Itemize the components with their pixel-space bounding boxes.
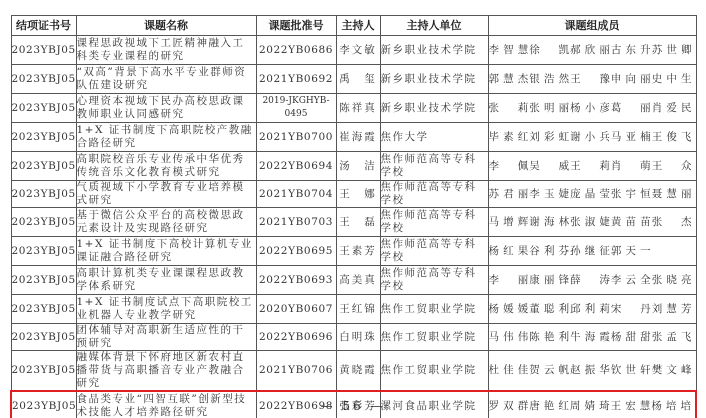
header-cert-no: 结项证书号 — [11, 16, 76, 36]
header-unit: 主持人单位 — [380, 16, 488, 36]
member-name: 谷利芬 — [529, 245, 570, 258]
member-name: 宋 丹 — [611, 303, 652, 316]
members-cell: 杨媛媛董聪利邱利莉宋 丹刘慧芳 — [488, 295, 696, 324]
member-name: 杨媛媛 — [489, 303, 530, 316]
member-name: 张晓亮 — [652, 274, 693, 287]
table-row: 2023YBJ05891+X 证书制度试点下高职院校工业机器人专业教学研究202… — [11, 295, 696, 324]
approval-no-cell: 2021YB0704 — [256, 181, 336, 208]
header-host: 主持人 — [336, 16, 380, 36]
member-name: 刘彩虹 — [529, 131, 570, 144]
host-cell: 王红锦 — [336, 295, 380, 324]
member-name: 肖 萌 — [611, 160, 652, 173]
member-name: 孙继征 — [570, 245, 611, 258]
title-cell: 1+X 证书制度试点下高职院校工业机器人专业教学研究 — [76, 295, 256, 324]
table-row: 2023YBJ0582心理资本视域下民办高校思政课教师职业认同感研究2019-J… — [11, 94, 696, 123]
members-cell: 苏君丽李玉婕庞晶莹张宇恒聂慧丽 — [488, 181, 696, 208]
member-name: 古东升 — [611, 44, 652, 57]
host-cell: 陈祥真 — [336, 94, 380, 123]
unit-cell: 焦作师范高等专科学校 — [380, 266, 488, 295]
member-name: 钦世轩 — [611, 364, 652, 377]
approval-no-cell: 2022YB0696 — [256, 324, 336, 351]
title-cell: 团体辅导对高职新生适应性的干预研究 — [76, 324, 256, 351]
members-cell: 郭慧杰银浩然王 豫申向丽史中生 — [488, 65, 696, 94]
title-cell: 1+X 证书制度下高职院校产教融合路径研究 — [76, 123, 256, 152]
approval-no-cell: 2019-JKGHYB-0495 — [256, 94, 336, 123]
member-name: 庞晶莹 — [570, 188, 611, 201]
member-name: 银浩然 — [529, 73, 570, 86]
cert-no-cell: 2023YBJ0581 — [11, 65, 76, 94]
cert-no-cell: 2023YBJ0584 — [11, 152, 76, 181]
member-name: 张 莉 — [489, 102, 530, 115]
table-row: 2023YBJ0590团体辅导对高职新生适应性的干预研究2022YB0696白明… — [11, 324, 696, 351]
unit-cell: 焦作大学 — [380, 123, 488, 152]
member-name: 董聪利 — [529, 303, 570, 316]
host-cell: 白明珠 — [336, 324, 380, 351]
page-number: — 56 — — [0, 399, 706, 413]
title-cell: 气质视域下小学教育专业培养模式研究 — [76, 181, 256, 208]
header-members: 课题组成员 — [488, 16, 696, 36]
approval-no-cell: 2021YB0706 — [256, 351, 336, 392]
title-cell: 心理资本视域下民办高校思政课教师职业认同感研究 — [76, 94, 256, 123]
member-name: 王 豫 — [570, 73, 611, 86]
title-cell: “双高”背景下高水平专业群师资队伍建设研究 — [76, 65, 256, 94]
member-name: 史中生 — [652, 73, 693, 86]
member-name: 牛海霞 — [570, 331, 611, 344]
member-name: 李云全 — [611, 274, 652, 287]
table-row: 2023YBJ05831+X 证书制度下高职院校产教融合路径研究2021YB07… — [11, 123, 696, 152]
unit-cell: 焦作师范高等专科学校 — [380, 237, 488, 266]
member-name: 王 众 — [652, 160, 693, 173]
cert-no-cell: 2023YBJ0591 — [11, 351, 76, 392]
table-row: 2023YBJ05871+X 证书制度下高校计算机专业课证融合路径研究2022Y… — [11, 237, 696, 266]
approval-no-cell: 2022YB0695 — [256, 237, 336, 266]
title-cell: 基于微信公众平台的高校微思政元素设计及实现路径研究 — [76, 208, 256, 237]
cert-no-cell: 2023YBJ0580 — [11, 36, 76, 65]
header-title: 课题名称 — [76, 16, 256, 36]
table-body: 2023YBJ0580课程思政视域下工匠精神融入工科类专业课程的研究2022YB… — [11, 36, 696, 418]
member-name: 苏世卿 — [652, 44, 693, 57]
table-row: 2023YBJ0588高职计算机类专业课课程思政教学体系研究2022YB0693… — [11, 266, 696, 295]
host-cell: 黄晓霞 — [336, 351, 380, 392]
member-name: 刘慧芳 — [652, 303, 693, 316]
approval-no-cell: 2021YB0703 — [256, 208, 336, 237]
cert-no-cell: 2023YBJ0586 — [11, 208, 76, 237]
unit-cell: 焦作工贸职业学院 — [380, 324, 488, 351]
host-cell: 李文敏 — [336, 36, 380, 65]
approval-no-cell: 2022YB0686 — [256, 36, 336, 65]
table-row: 2023YBJ0581“双高”背景下高水平专业群师资队伍建设研究2021YB06… — [11, 65, 696, 94]
member-name: 张 杰 — [652, 216, 693, 229]
members-cell: 李 丽康丽锋薛 涛李云全张晓亮 — [488, 266, 696, 295]
member-name: 杨小彦 — [570, 102, 611, 115]
cert-no-cell: 2023YBJ0583 — [11, 123, 76, 152]
members-cell: 李 佩吴 威王 莉肖 萌王 众 — [488, 152, 696, 181]
member-name: 薛 涛 — [570, 274, 611, 287]
table-row: 2023YBJ0585气质视域下小学教育专业培养模式研究2021YB0704王 … — [11, 181, 696, 208]
host-cell: 王素芳 — [336, 237, 380, 266]
cert-no-cell: 2023YBJ0587 — [11, 237, 76, 266]
member-name: 马伟伟 — [489, 331, 530, 344]
member-name: 杜佳佳 — [489, 364, 530, 377]
member-name: 黄苗苗 — [611, 216, 652, 229]
results-table: 结项证书号 课题名称 课题批准号 主持人 主持人单位 课题组成员 2023YBJ… — [10, 15, 697, 418]
member-name: 徐 凯 — [529, 44, 570, 57]
unit-cell: 焦作师范高等专科学校 — [380, 181, 488, 208]
table-row: 2023YBJ0584高职院校音乐专业传承中华优秀传统音乐文化教育模式研究202… — [11, 152, 696, 181]
member-name: 马亚楠 — [611, 131, 652, 144]
member-name: 申向丽 — [611, 73, 652, 86]
member-name: 张明丽 — [529, 102, 570, 115]
approval-no-cell: 2022YB0694 — [256, 152, 336, 181]
unit-cell: 新乡职业技术学院 — [380, 36, 488, 65]
member-name: 王 莉 — [570, 160, 611, 173]
members-cell: 杜佳佳贺云帆赵振华钦世轩樊文峰 — [488, 351, 696, 392]
header-approval-no: 课题批准号 — [256, 16, 336, 36]
unit-cell: 焦作师范高等专科学校 — [380, 208, 488, 237]
cert-no-cell: 2023YBJ0582 — [11, 94, 76, 123]
member-name: 杨甜甜 — [611, 331, 652, 344]
member-name: 郭慧杰 — [489, 73, 530, 86]
members-cell: 李智慧徐 凯郝欣丽古东升苏世卿 — [488, 36, 696, 65]
members-cell: 马伟伟陈艳利牛海霞杨甜甜张孟飞 — [488, 324, 696, 351]
member-name: 陈艳利 — [529, 331, 570, 344]
host-cell: 高美真 — [336, 266, 380, 295]
host-cell: 王 娜 — [336, 181, 380, 208]
member-name: 李玉婕 — [529, 188, 570, 201]
member-name: 吴 威 — [529, 160, 570, 173]
member-name: 杨红果 — [489, 245, 530, 258]
member-name: 苏君丽 — [489, 188, 530, 201]
approval-no-cell: 2022YB0693 — [256, 266, 336, 295]
approval-no-cell: 2021YB0692 — [256, 65, 336, 94]
member-name: 张孟飞 — [652, 331, 693, 344]
member-name: 马增辉 — [489, 216, 530, 229]
approval-no-cell: 2021YB0700 — [256, 123, 336, 152]
unit-cell: 新乡职业技术学院 — [380, 94, 488, 123]
members-cell: 毕素红刘彩虹谢小兵马亚楠王俊飞 — [488, 123, 696, 152]
members-cell: 马增辉谢海林张淑婕黄苗苗张 杰 — [488, 208, 696, 237]
cert-no-cell: 2023YBJ0589 — [11, 295, 76, 324]
member-name: 郭天一 — [611, 245, 652, 258]
host-cell: 汤 洁 — [336, 152, 380, 181]
title-cell: 1+X 证书制度下高校计算机专业课证融合路径研究 — [76, 237, 256, 266]
member-name: 王俊飞 — [652, 131, 693, 144]
member-name — [652, 245, 693, 258]
title-cell: 高职院校音乐专业传承中华优秀传统音乐文化教育模式研究 — [76, 152, 256, 181]
member-name: 李 佩 — [489, 160, 530, 173]
member-name: 贺云帆 — [529, 364, 570, 377]
member-name: 肖爱民 — [652, 102, 693, 115]
unit-cell: 焦作工贸职业学院 — [380, 295, 488, 324]
unit-cell: 新乡职业技术学院 — [380, 65, 488, 94]
cert-no-cell: 2023YBJ0590 — [11, 324, 76, 351]
host-cell: 王 磊 — [336, 208, 380, 237]
member-name: 邱利莉 — [570, 303, 611, 316]
member-name: 樊文峰 — [652, 364, 693, 377]
unit-cell: 焦作师范高等专科学校 — [380, 152, 488, 181]
title-cell: 融媒体背景下怀府地区新农村直播带货与高职播音专业产教融合研究 — [76, 351, 256, 392]
member-name: 葛 丽 — [611, 102, 652, 115]
title-cell: 课程思政视域下工匠精神融入工科类专业课程的研究 — [76, 36, 256, 65]
approval-no-cell: 2020YB0607 — [256, 295, 336, 324]
table-row: 2023YBJ0580课程思政视域下工匠精神融入工科类专业课程的研究2022YB… — [11, 36, 696, 65]
members-cell: 杨红果谷利芬孙继征郭天一 — [488, 237, 696, 266]
member-name: 谢海林 — [529, 216, 570, 229]
cert-no-cell: 2023YBJ0585 — [11, 181, 76, 208]
member-name: 康丽锋 — [529, 274, 570, 287]
member-name: 聂慧丽 — [652, 188, 693, 201]
host-cell: 崔海霞 — [336, 123, 380, 152]
table-row: 2023YBJ0586基于微信公众平台的高校微思政元素设计及实现路径研究2021… — [11, 208, 696, 237]
member-name: 张宇恒 — [611, 188, 652, 201]
host-cell: 禹 玺 — [336, 65, 380, 94]
members-cell: 张 莉张明丽杨小彦葛 丽肖爱民 — [488, 94, 696, 123]
unit-cell: 焦作工贸职业学院 — [380, 351, 488, 392]
member-name: 赵振华 — [570, 364, 611, 377]
member-name: 李 丽 — [489, 274, 530, 287]
table-header-row: 结项证书号 课题名称 课题批准号 主持人 主持人单位 课题组成员 — [11, 16, 696, 36]
member-name: 谢小兵 — [570, 131, 611, 144]
cert-no-cell: 2023YBJ0588 — [11, 266, 76, 295]
table-row: 2023YBJ0591融媒体背景下怀府地区新农村直播带货与高职播音专业产教融合研… — [11, 351, 696, 392]
member-name: 李智慧 — [489, 44, 530, 57]
title-cell: 高职计算机类专业课课程思政教学体系研究 — [76, 266, 256, 295]
member-name: 张淑婕 — [570, 216, 611, 229]
member-name: 郝欣丽 — [570, 44, 611, 57]
member-name: 毕素红 — [489, 131, 530, 144]
